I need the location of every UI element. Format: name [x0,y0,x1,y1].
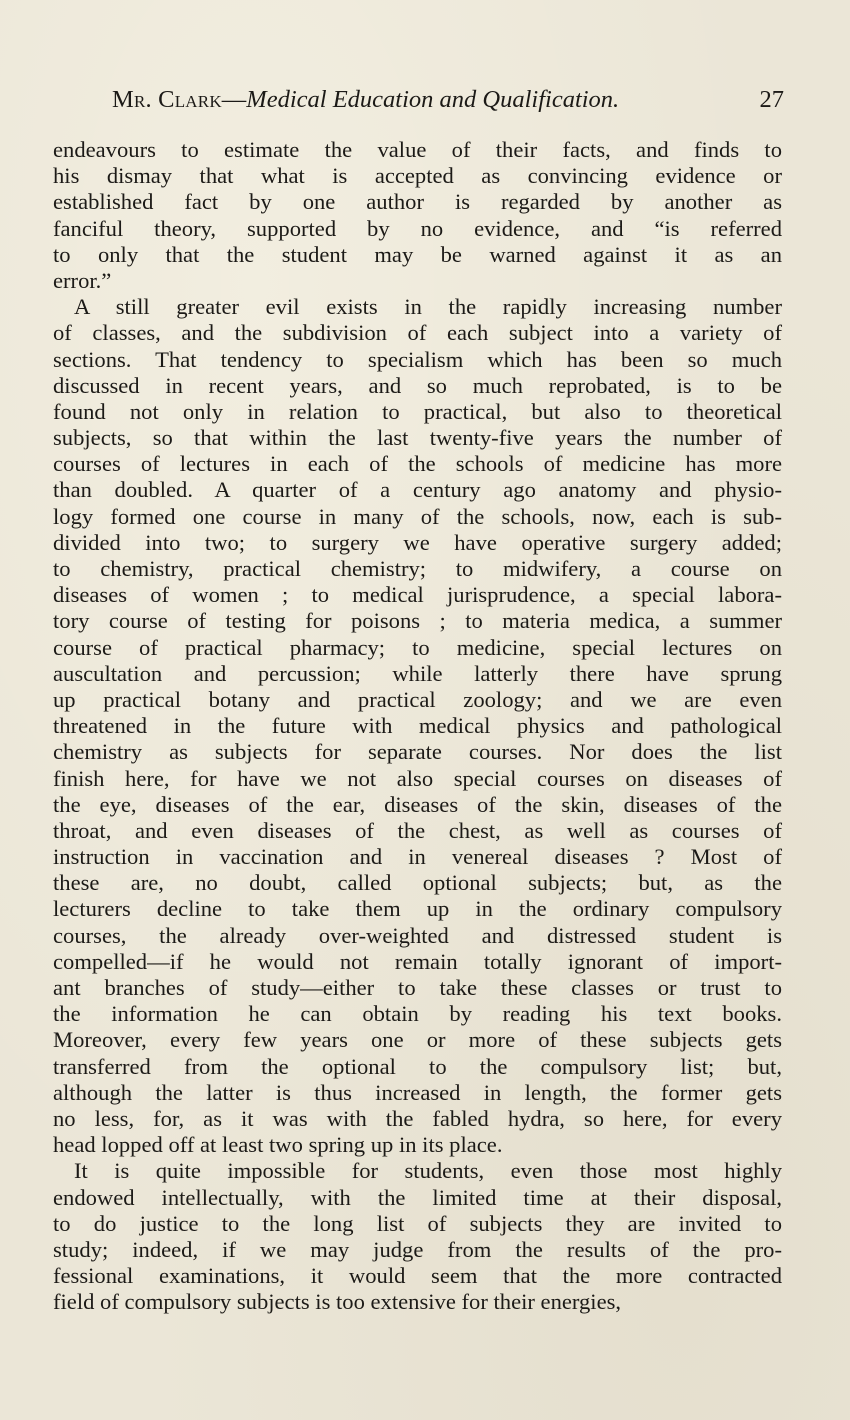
text-line: compelled—if he would not remain totally… [53,949,782,975]
text-line: auscultation and percussion; while latte… [53,661,782,687]
book-page: Mr. Clark—Medical Education and Qualific… [0,0,850,1420]
text-line: ant branches of study—either to take the… [53,975,782,1001]
text-line: A still greater evil exists in the rapid… [53,294,782,320]
running-head: Mr. Clark—Medical Education and Qualific… [112,84,784,116]
text-line: head lopped off at least two spring up i… [53,1132,782,1158]
text-line: finish here, for have we not also specia… [53,766,782,792]
text-line: study; indeed, if we may judge from the … [53,1237,782,1263]
text-line: up practical botany and practical zoolog… [53,687,782,713]
text-line: tory course of testing for poisons ; to … [53,608,782,634]
text-line: the information he can obtain by reading… [53,1001,782,1027]
text-line: subjects, so that within the last twenty… [53,425,782,451]
text-line: field of compulsory subjects is too exte… [53,1289,782,1315]
text-line: to only that the student may be warned a… [53,242,782,268]
text-line: fessional examinations, it would seem th… [53,1263,782,1289]
text-line: discussed in recent years, and so much r… [53,373,782,399]
text-line: the eye, diseases of the ear, diseases o… [53,792,782,818]
text-line: divided into two; to surgery we have ope… [53,530,782,556]
text-line: courses of lectures in each of the schoo… [53,451,782,477]
paragraph: It is quite impossible for students, eve… [53,1158,782,1315]
text-line: courses, the already over-weighted and d… [53,923,782,949]
text-line: endeavours to estimate the value of thei… [53,137,782,163]
text-line: no less, for, as it was with the fabled … [53,1106,782,1132]
body-text: endeavours to estimate the value of thei… [53,137,782,1315]
paragraph: endeavours to estimate the value of thei… [53,137,782,294]
page-number: 27 [760,84,785,116]
text-line: course of practical pharmacy; to medicin… [53,635,782,661]
text-line: threatened in the future with medical ph… [53,713,782,739]
text-line: found not only in relation to practical,… [53,399,782,425]
text-line: to do justice to the long list of subjec… [53,1211,782,1237]
text-line: of classes, and the subdivision of each … [53,320,782,346]
text-line: Moreover, every few years one or more of… [53,1027,782,1053]
running-head-author: Mr. Clark [112,86,222,113]
running-head-title: Medical Education and Qualification. [246,86,619,113]
text-line: established fact by one author is regard… [53,189,782,215]
text-line: instruction in vaccination and in venere… [53,844,782,870]
text-line: these are, no doubt, called optional sub… [53,870,782,896]
text-line: lecturers decline to take them up in the… [53,896,782,922]
running-head-dash: — [222,86,247,113]
text-line: his dismay that what is accepted as conv… [53,163,782,189]
text-line: fanciful theory, supported by no evidenc… [53,216,782,242]
text-line: than doubled. A quarter of a century ago… [53,477,782,503]
paragraph: A still greater evil exists in the rapid… [53,294,782,1158]
text-line: although the latter is thus increased in… [53,1080,782,1106]
text-line: to chemistry, practical chemistry; to mi… [53,556,782,582]
text-line: chemistry as subjects for separate cours… [53,739,782,765]
text-line: diseases of women ; to medical jurisprud… [53,582,782,608]
text-line: sections. That tendency to specialism wh… [53,347,782,373]
text-line: logy formed one course in many of the sc… [53,504,782,530]
text-line: transferred from the optional to the com… [53,1054,782,1080]
text-line: error.” [53,268,782,294]
text-line: It is quite impossible for students, eve… [53,1158,782,1184]
text-line: throat, and even diseases of the chest, … [53,818,782,844]
text-line: endowed intellectually, with the limited… [53,1185,782,1211]
